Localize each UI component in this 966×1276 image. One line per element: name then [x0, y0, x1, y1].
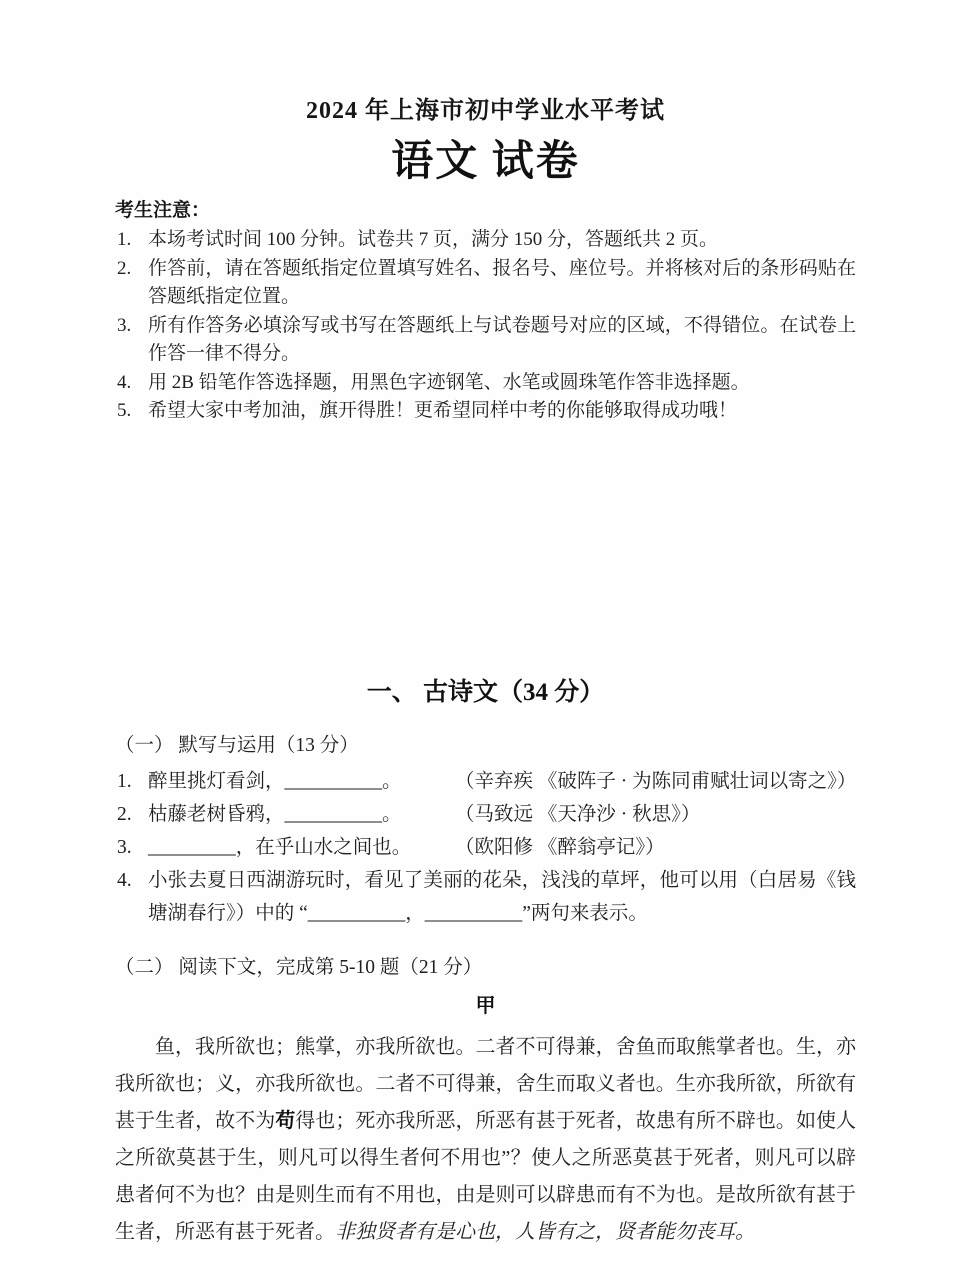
dictation-item: 1. 醉里挑灯看剑，__________。 （辛弃疾 《破阵子 · 为陈同甫赋壮… — [115, 765, 856, 798]
item-text: _________，在乎山水之间也。 — [148, 837, 411, 858]
passage-segment-emphasis: 苟 — [275, 1110, 295, 1132]
source-attribution: （马致远 《天净沙 · 秋思》） — [455, 798, 700, 831]
notice-item-text: 希望大家中考加油，旗开得胜！更希望同样中考的你能够取得成功哦！ — [148, 400, 737, 421]
exam-title: 2024 年上海市初中学业水平考试 — [115, 96, 856, 126]
subsection-part2-heading: （二） 阅读下文，完成第 5-10 题（21 分） — [115, 954, 856, 981]
passage-paragraph: 鱼，我所欲也；熊掌，亦我所欲也。二者不可得兼，舍鱼而取熊掌者也。生，亦我所欲也；… — [115, 1029, 856, 1251]
notice-item-number: 5. — [117, 397, 131, 426]
notice-item-text: 用 2B 铅笔作答选择题，用黑色字迹钢笔、水笔或圆珠笔作答非选择题。 — [148, 372, 750, 393]
notice-heading: 考生注意： — [115, 198, 856, 224]
section-title: 一、 古诗文（34 分） — [115, 676, 856, 710]
notice-item: 5. 希望大家中考加油，旗开得胜！更希望同样中考的你能够取得成功哦！ — [115, 397, 856, 426]
subject-title: 语文 试卷 — [115, 136, 856, 188]
exam-paper-page: 2024 年上海市初中学业水平考试 语文 试卷 考生注意： 1. 本场考试时间 … — [0, 0, 966, 1276]
item-number: 3. — [117, 831, 132, 864]
source-attribution: （欧阳修 《醉翁亭记》） — [455, 831, 665, 864]
dictation-item: 4. 小张去夏日西湖游玩时，看见了美丽的花朵，浅浅的草坪，他可以用（白居易《钱塘… — [115, 864, 856, 930]
passage-label: 甲 — [115, 993, 856, 1019]
dictation-item: 2. 枯藤老树昏鸦，__________。 （马致远 《天净沙 · 秋思》） — [115, 798, 856, 831]
notice-item-number: 3. — [117, 312, 131, 341]
subsection-part1-heading: （一） 默写与运用（13 分） — [115, 732, 856, 759]
notice-item-text: 本场考试时间 100 分钟。试卷共 7 页，满分 150 分，答题纸共 2 页。 — [148, 229, 718, 250]
item-number: 1. — [117, 765, 132, 798]
item-number: 4. — [117, 864, 132, 897]
passage-segment-italic: 非独贤者有是心也，人皆有之，贤者能勿丧耳。 — [335, 1221, 755, 1243]
source-attribution: （辛弃疾 《破阵子 · 为陈同甫赋壮词以寄之》） — [455, 765, 856, 798]
dictation-item: 3. _________，在乎山水之间也。 （欧阳修 《醉翁亭记》） — [115, 831, 856, 864]
notice-item-text: 作答前，请在答题纸指定位置填写姓名、报名号、座位号。并将核对后的条形码贴在答题纸… — [148, 258, 856, 308]
item-text: 小张去夏日西湖游玩时，看见了美丽的花朵，浅浅的草坪，他可以用（白居易《钱塘湖春行… — [148, 870, 856, 924]
dictation-list: 1. 醉里挑灯看剑，__________。 （辛弃疾 《破阵子 · 为陈同甫赋壮… — [115, 765, 856, 930]
notice-list: 1. 本场考试时间 100 分钟。试卷共 7 页，满分 150 分，答题纸共 2… — [115, 226, 856, 426]
notice-item: 4. 用 2B 铅笔作答选择题，用黑色字迹钢笔、水笔或圆珠笔作答非选择题。 — [115, 369, 856, 398]
notice-item-text: 所有作答务必填涂写或书写在答题纸上与试卷题号对应的区域，不得错位。在试卷上作答一… — [148, 315, 856, 365]
notice-item: 3. 所有作答务必填涂写或书写在答题纸上与试卷题号对应的区域，不得错位。在试卷上… — [115, 312, 856, 369]
notice-item: 2. 作答前，请在答题纸指定位置填写姓名、报名号、座位号。并将核对后的条形码贴在… — [115, 255, 856, 312]
notice-item-number: 1. — [117, 226, 131, 255]
item-number: 2. — [117, 798, 132, 831]
notice-item-number: 4. — [117, 369, 131, 398]
notice-item-number: 2. — [117, 255, 131, 284]
notice-item: 1. 本场考试时间 100 分钟。试卷共 7 页，满分 150 分，答题纸共 2… — [115, 226, 856, 255]
item-text: 醉里挑灯看剑，__________。 — [148, 771, 402, 792]
item-text: 枯藤老树昏鸦，__________。 — [148, 804, 402, 825]
